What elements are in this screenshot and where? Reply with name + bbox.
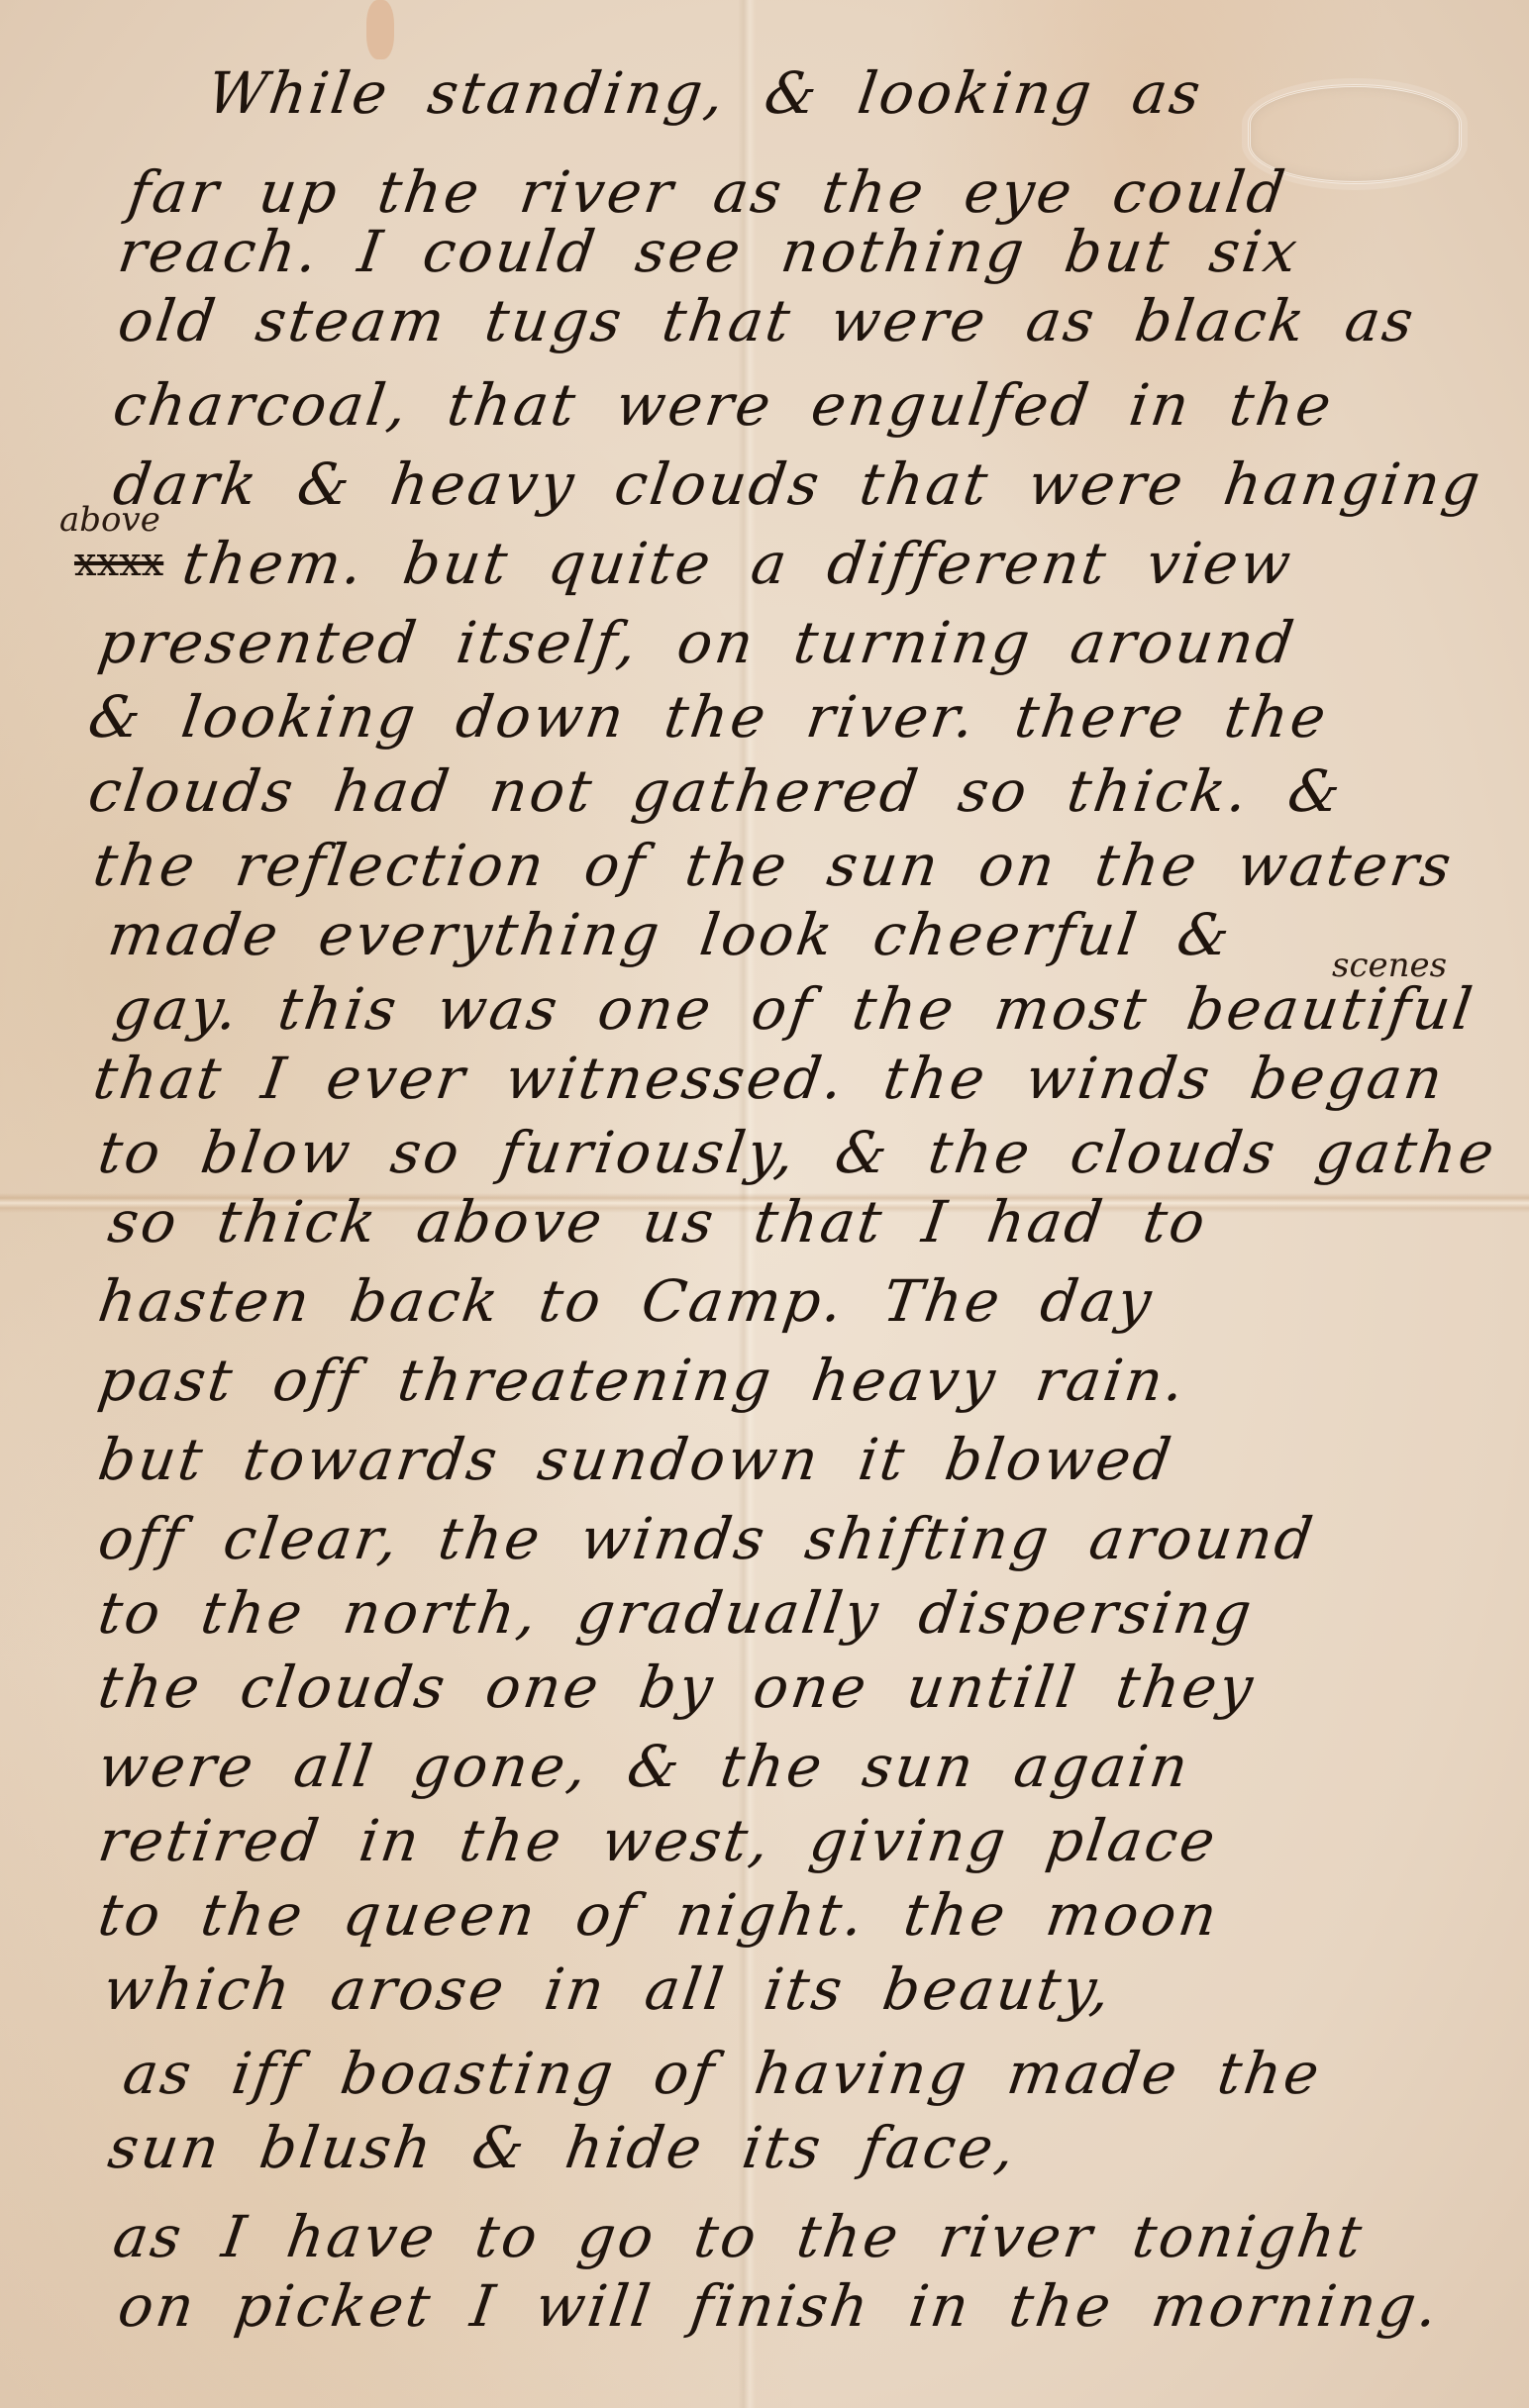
letter-line-19: but towards sundown it blowed <box>94 1426 1177 1493</box>
letter-line-16: so thick above us that I had to <box>104 1188 1212 1255</box>
letter-line-30: on picket I will finish in the morning. <box>114 2272 1444 2340</box>
letter-line-11: the reflection of the sun on the waters <box>89 832 1458 899</box>
letter-line-20: off clear, the winds shifting around <box>94 1505 1319 1572</box>
letter-line-10: clouds had not gathered so thick. & <box>84 757 1347 825</box>
letter-line-23: were all gone, & the sun again <box>94 1733 1194 1800</box>
letter-line-18: past off threatening heavy rain. <box>94 1347 1191 1414</box>
letter-line-14: that I ever witnessed. the winds began <box>89 1045 1449 1112</box>
letter-line-22: the clouds one by one untill they <box>94 1654 1260 1721</box>
letter-line-29: as I have to go to the river tonight <box>109 2203 1369 2270</box>
letter-line-28: sun blush & hide its face, <box>104 2114 1021 2181</box>
letter-line-26: which arose in all its beauty, <box>99 1956 1117 2023</box>
letter-line-12: made everything look cheerful & <box>104 901 1237 968</box>
letter-line-2: far up the river as the eye could <box>124 158 1291 226</box>
above-insertion: above <box>59 500 160 540</box>
letter-line-5: charcoal, that were engulfed in the <box>109 371 1338 439</box>
letter-line-4: old steam tugs that were as black as <box>114 287 1420 354</box>
letter-line-9: & looking down the river. there the <box>84 683 1333 751</box>
letter-line-25: to the queen of night. the moon <box>94 1881 1224 1949</box>
letter-line-7: them. but quite a different view <box>178 530 1297 597</box>
letter-line-27: as iff boasting of having made the <box>119 2040 1326 2107</box>
letter-line-1: While standing, & looking as <box>203 59 1207 127</box>
letter-line-17: hasten back to Camp. The day <box>94 1267 1158 1335</box>
letter-line-24: retired in the west, giving place <box>94 1807 1222 1874</box>
letter-line-15: to blow so furiously, & the clouds gathe <box>94 1119 1500 1186</box>
letter-page: While standing, & looking as far up the … <box>0 0 1529 2408</box>
letter-line-13: gay. this was one of the most beautiful <box>109 975 1478 1043</box>
paper-stain <box>366 0 394 59</box>
struck-out-word: xxxx <box>74 540 163 585</box>
letter-line-6: dark & heavy clouds that were hanging <box>109 451 1486 518</box>
letter-line-8: presented itself, on turning around <box>94 609 1300 676</box>
letter-line-21: to the north, gradually dispersing <box>94 1579 1258 1647</box>
letter-line-3: reach. I could see nothing but six <box>114 218 1304 285</box>
